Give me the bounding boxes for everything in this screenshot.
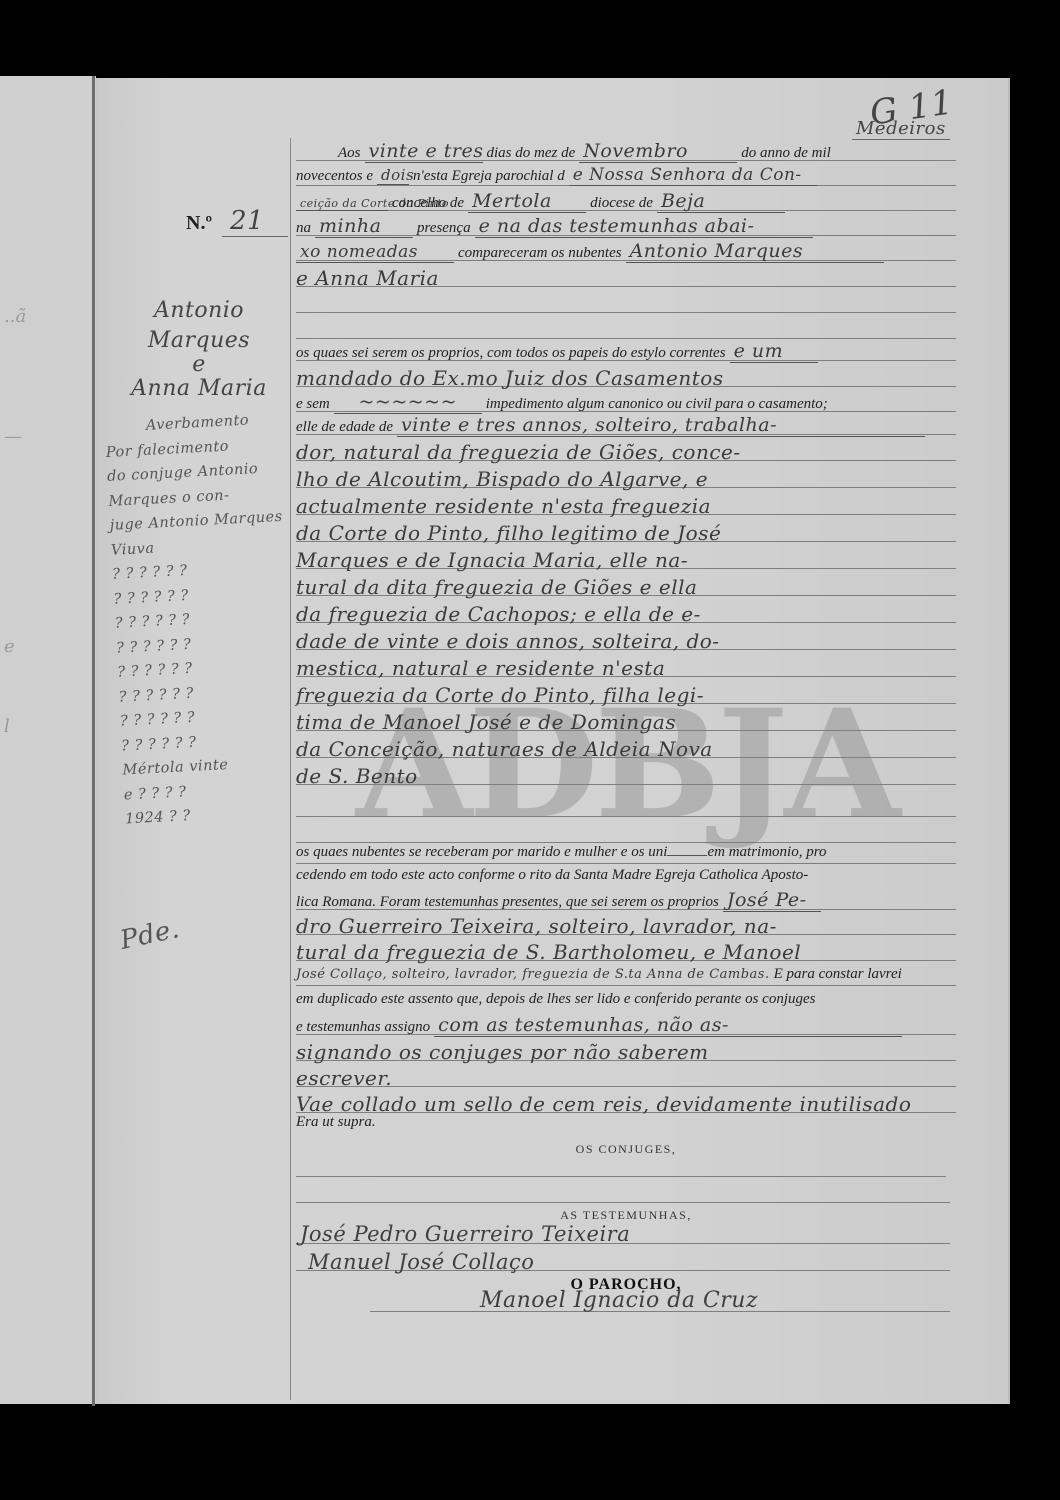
month-field: Novembro [579, 140, 737, 163]
handwritten-line: da freguezia de Cachopos; e ella de e- [296, 602, 956, 623]
body-line: José Collaço, solteiro, lavrador, fregue… [296, 965, 956, 986]
era-ut-supra: Era ut supra. [296, 1114, 956, 1134]
handwritten-line: da Conceição, naturaes de Aldeia Nova [296, 737, 956, 758]
body-line: novecentos e dois n'esta Egreja parochia… [296, 165, 956, 186]
handwritten-line: tural da freguezia de S. Bartholomeu, e … [296, 940, 956, 961]
body-line [296, 822, 956, 843]
witness-1-signature: José Pedro Guerreiro Teixeira [300, 1222, 630, 1246]
body-line: na minha presença e na das testemunhas a… [296, 215, 956, 236]
handwritten-line: dro Guerreiro Teixeira, solteiro, lavrad… [296, 914, 956, 935]
facing-page-bleed-text: e [4, 636, 15, 657]
body-line: os quaes sei serem os proprios, com todo… [296, 340, 956, 361]
parocho-signature: Manoel Ignacio da Cruz [480, 1288, 758, 1313]
margin-name: e [110, 356, 288, 374]
margin-name: Antonio [110, 296, 288, 326]
body-line: mandado do Ex.mo Juiz dos Casamentos [296, 366, 956, 387]
parish-field-cont: ceição da Corte do Pinto [296, 197, 388, 211]
body-line: em duplicado este assento que, depois de… [296, 990, 956, 1010]
day-field: vinte e tres [365, 140, 483, 163]
body-line [296, 318, 956, 339]
parish-annotation: Medeiros [852, 118, 950, 140]
margin-name: Anna Maria [110, 374, 288, 404]
municipality-field: Mertola [468, 190, 586, 213]
presence-field: minha [315, 215, 413, 238]
handwritten-line: Marques e de Ignacia Maria, elle na- [296, 548, 956, 569]
book-spine [92, 76, 95, 1406]
handwritten-line: lho de Alcoutim, Bispado do Algarve, e [296, 467, 956, 488]
body-line: lica Romana. Foram testemunhas presentes… [296, 889, 956, 910]
body-line [296, 292, 956, 313]
handwritten-line: signando os conjuges por não saberem [296, 1040, 956, 1061]
witness-2-signature: Manuel José Collaço [308, 1250, 534, 1274]
margin-names: Antonio Marques e Anna Maria [110, 296, 288, 404]
handwritten-line: dor, natural da freguezia de Giões, conc… [296, 440, 956, 461]
record-number-label: N.º [186, 212, 212, 235]
facing-page-bleed-text: ..ã [4, 306, 26, 327]
body-line: e Anna Maria [296, 266, 956, 287]
nubentes-field: Antonio Marques [626, 240, 884, 263]
body-line [296, 796, 956, 817]
handwritten-line: tima de Manoel José e de Domingas [296, 710, 956, 731]
conjuges-label: OS CONJUGES, [296, 1142, 956, 1157]
body-line: elle de edade de vinte e tres annos, sol… [296, 414, 956, 435]
parish-field: e Nossa Senhora da Con- [569, 165, 817, 186]
handwritten-line: escrever. [296, 1066, 956, 1087]
handwritten-line: actualmente residente n'esta freguezia [296, 494, 956, 515]
body-line: ceição da Corte do Pinto concelho de Mer… [296, 190, 956, 211]
signature-line [296, 1202, 950, 1203]
body-line: os quaes nubentes se receberam por marid… [296, 843, 956, 864]
body-line: xo nomeadas compareceram os nubentes Ant… [296, 240, 956, 261]
facing-page-bleed-text: l [4, 716, 10, 737]
handwritten-line: freguezia da Corte do Pinto, filha legi- [296, 683, 956, 704]
record-number-value: 21 [222, 206, 288, 237]
handwritten-line: da Corte do Pinto, filho legitimo de Jos… [296, 521, 956, 542]
body-line: Aos vinte e tres dias do mez de Novembro… [296, 140, 956, 161]
handwritten-line: tural da dita freguezia de Giões e ella [296, 575, 956, 596]
handwritten-line: Vae collado um sello de cem reis, devida… [296, 1092, 956, 1113]
body-line: e testemunhas assigno com as testemunhas… [296, 1014, 956, 1035]
handwritten-line: dade de vinte e dois annos, solteira, do… [296, 629, 956, 650]
diocese-field: Beja [657, 190, 785, 213]
body-line: e sem ~~~~~~ impedimento algum canonico … [296, 391, 956, 412]
body-line: cedendo em todo este acto conforme o rit… [296, 866, 956, 886]
facing-page: ..ã — e l [0, 76, 96, 1404]
year-field: dois [377, 166, 409, 185]
signature-line [296, 1176, 946, 1177]
facing-page-bleed-text: — [4, 426, 22, 447]
testemunhas-label: AS TESTEMUNHAS, [296, 1208, 956, 1223]
handwritten-line: de S. Bento [296, 764, 956, 785]
margin-annotation: AverbamentoPor falecimentodo conjuge Ant… [104, 406, 312, 832]
handwritten-line: mestica, natural e residente n'esta [296, 656, 956, 677]
